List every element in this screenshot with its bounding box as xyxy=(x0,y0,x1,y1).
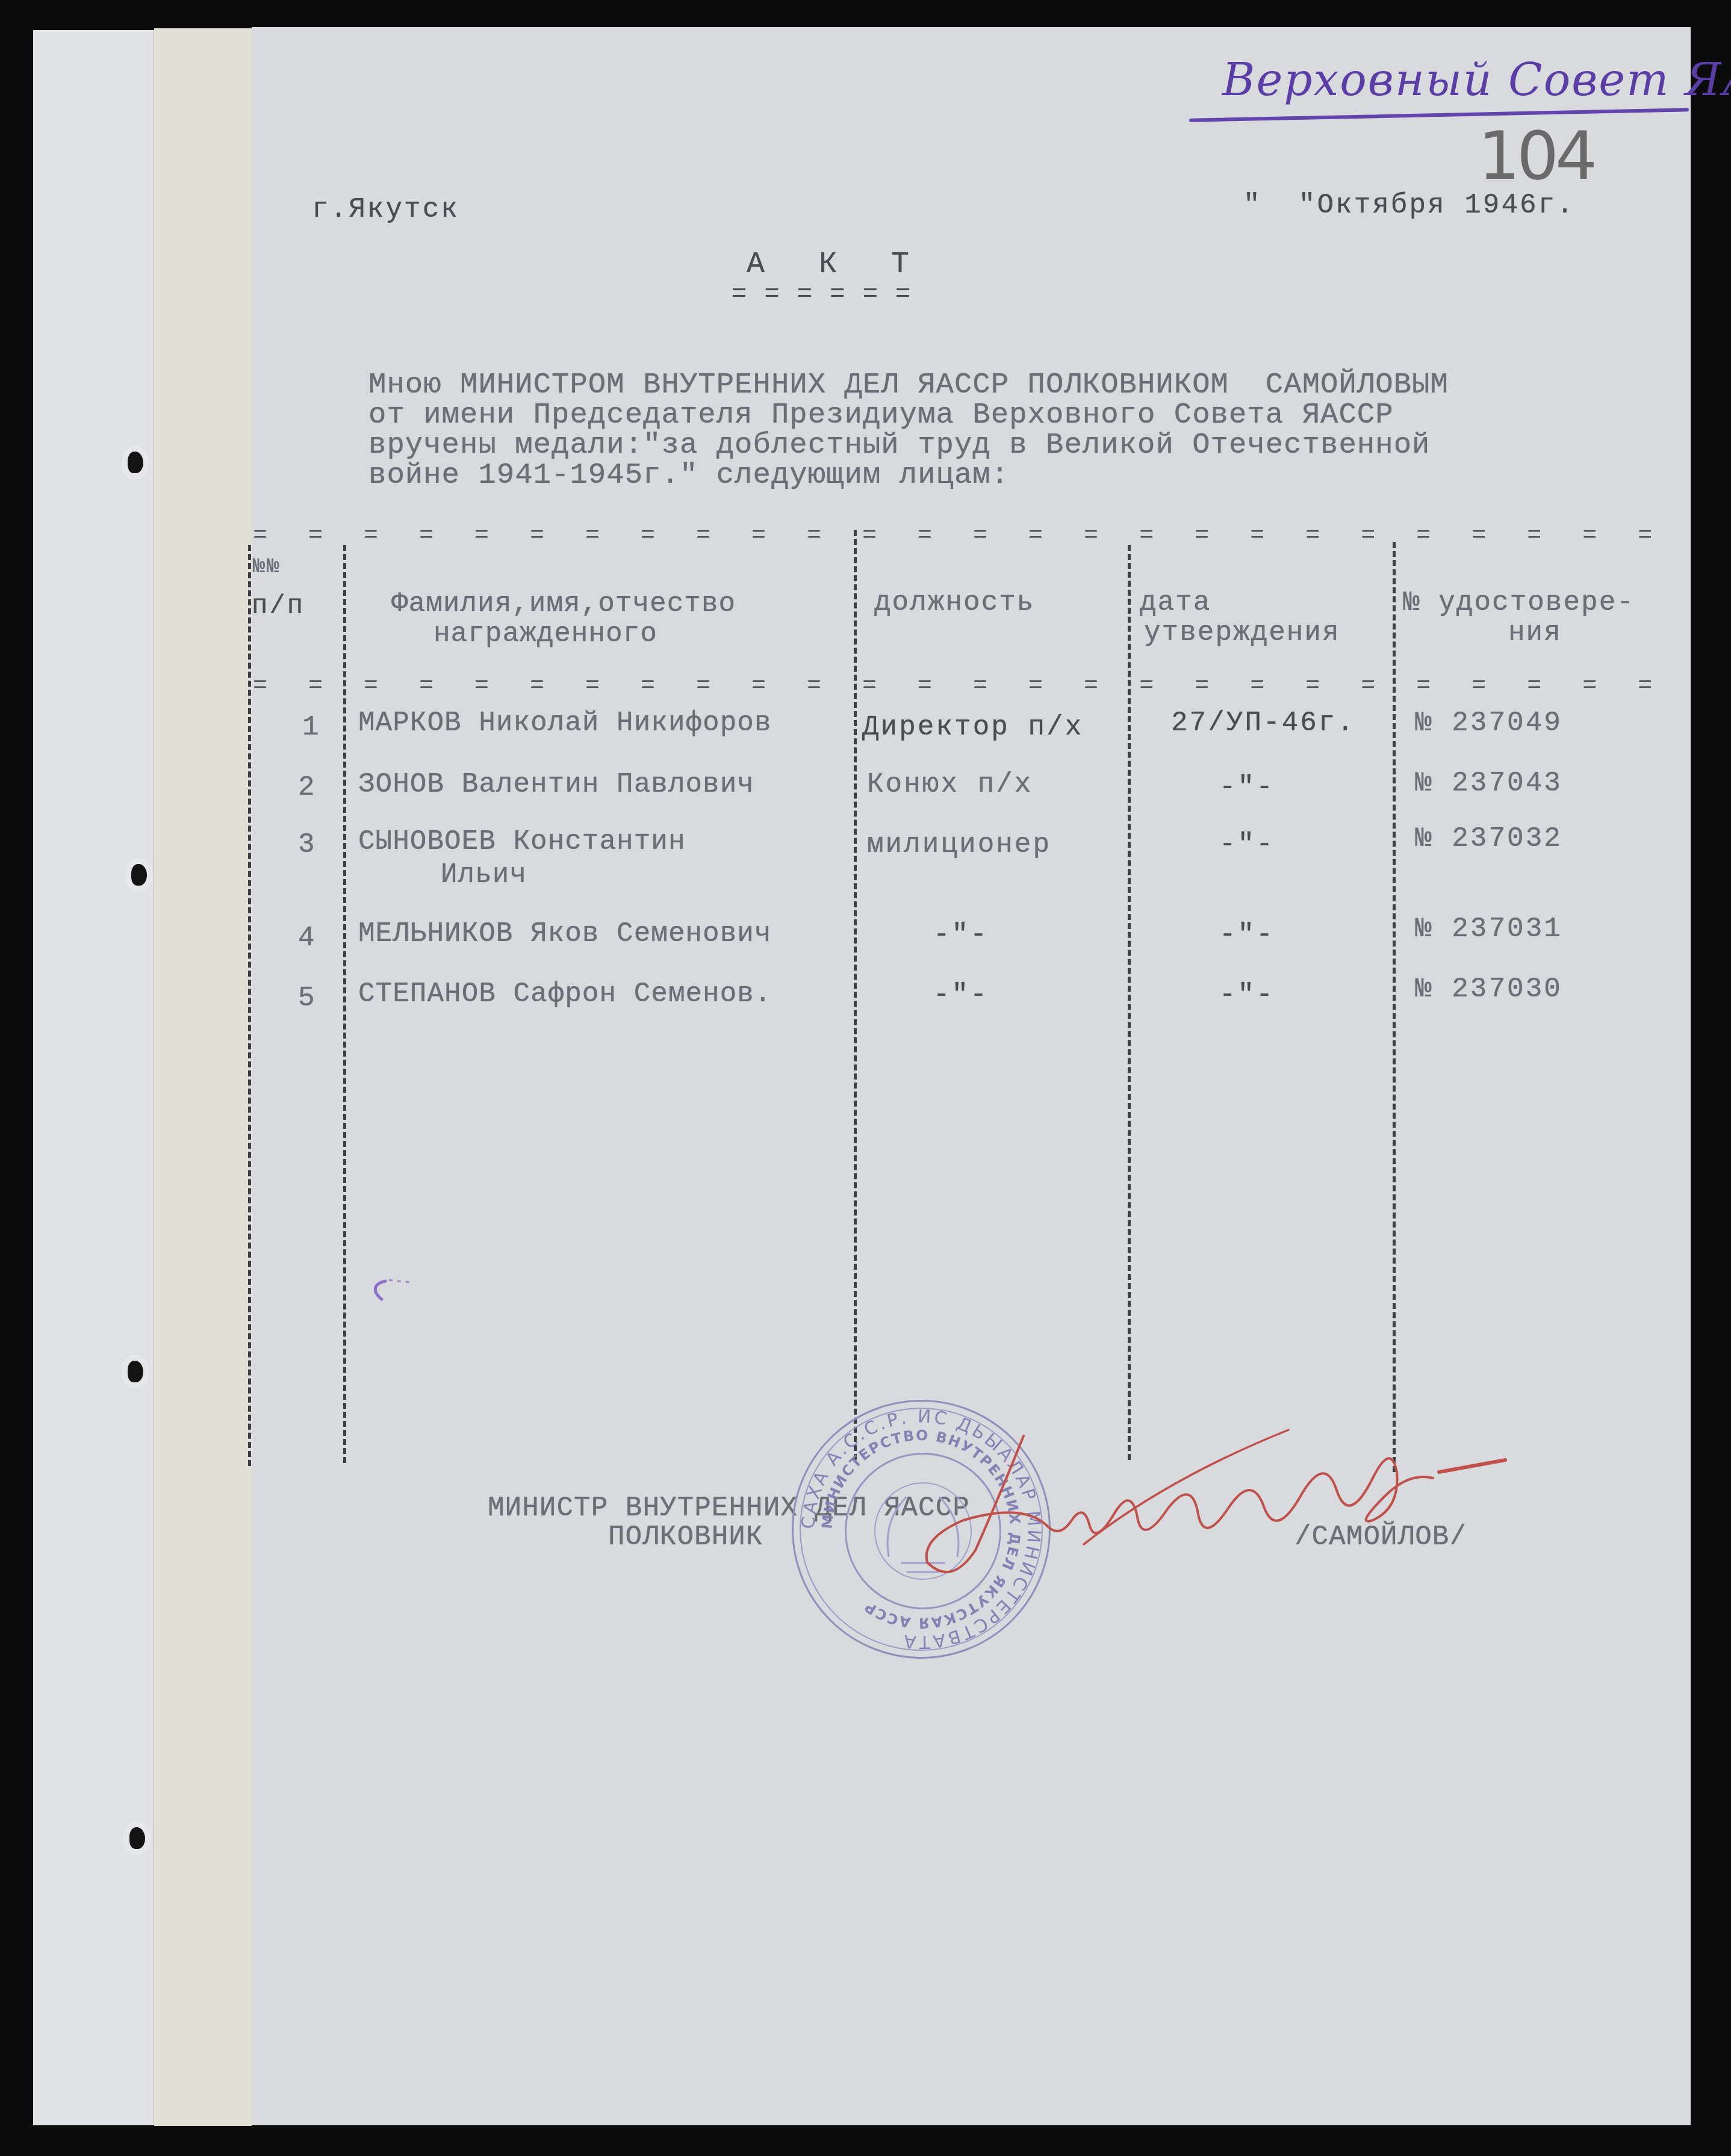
header-certificate: ния xyxy=(1508,619,1562,647)
header-certificate: № удостовере- xyxy=(1403,589,1635,617)
row-date: -"- xyxy=(1219,831,1275,859)
row-position: -"- xyxy=(933,981,989,1009)
row-position: милиционер xyxy=(867,831,1051,859)
city-label: г.Якутск xyxy=(312,196,459,223)
row-certificate: № 237043 xyxy=(1415,769,1562,797)
table-top-border: = = = = = = = = = = = = = = = = = = = = … xyxy=(253,530,1656,543)
punch-hole-icon xyxy=(131,864,147,886)
header-num: п/п xyxy=(252,593,305,620)
row-certificate: № 237049 xyxy=(1415,709,1562,737)
ink-mark-icon xyxy=(368,1275,423,1305)
header-date: утверждения xyxy=(1144,619,1340,647)
document-page xyxy=(252,27,1691,2125)
header-date: дата xyxy=(1140,589,1211,617)
cream-margin-strip xyxy=(154,28,252,2126)
table-column-divider xyxy=(248,545,251,1466)
table-header-border: = = = = = = = = = = = = = = = = = = = = … xyxy=(253,680,1656,694)
header-num: №№ xyxy=(253,557,281,577)
page-number: 104 xyxy=(1478,117,1594,194)
row-name: СЫНОВОЕВ Константин xyxy=(358,828,686,856)
row-position: Директор п/х xyxy=(862,713,1083,741)
row-name: МАРКОВ Николай Никифоров xyxy=(358,709,772,737)
row-certificate: № 237032 xyxy=(1415,825,1562,853)
punch-hole-icon xyxy=(128,452,143,473)
row-num: 5 xyxy=(298,984,317,1012)
document-date: " "Октября 1946г. xyxy=(1243,191,1575,219)
row-num: 3 xyxy=(298,831,317,859)
preamble-line: от имени Председателя Президиума Верховн… xyxy=(368,400,1394,430)
header-name: Фамилия,имя,отчество xyxy=(391,590,736,618)
row-date: -"- xyxy=(1219,921,1275,949)
table-column-divider xyxy=(343,545,346,1463)
punch-hole-icon xyxy=(129,1827,145,1849)
row-certificate: № 237031 xyxy=(1415,915,1562,943)
preamble-line: войне 1941-1945г." следующим лицам: xyxy=(368,461,1009,490)
punch-hole-icon xyxy=(128,1361,143,1382)
signature-icon xyxy=(831,1406,1571,1586)
row-date: -"- xyxy=(1219,981,1275,1009)
row-certificate: № 237030 xyxy=(1415,975,1562,1003)
row-name: МЕЛЬНИКОВ Яков Семенович xyxy=(358,920,772,948)
preamble-line: вручены медали:"за доблестный труд в Вел… xyxy=(368,430,1430,460)
table-column-divider xyxy=(854,530,857,1460)
signer-rank: ПОЛКОВНИК xyxy=(608,1523,763,1551)
row-name: ЗОНОВ Валентин Павлович xyxy=(358,771,754,798)
table-column-divider xyxy=(1393,542,1396,1472)
header-position: должность xyxy=(874,589,1034,617)
preamble-line: Мною МИНИСТРОМ ВНУТРЕННИХ ДЕЛ ЯАССР ПОЛК… xyxy=(368,370,1449,400)
header-name: награжденного xyxy=(434,620,657,648)
binding-strip xyxy=(33,30,154,2125)
row-num: 4 xyxy=(298,924,317,952)
row-name-continued: Ильич xyxy=(441,861,527,889)
table-column-divider xyxy=(1128,545,1131,1460)
row-date: 27/УП-46г. xyxy=(1171,709,1355,737)
row-num: 1 xyxy=(302,713,321,741)
row-name: СТЕПАНОВ Сафрон Семенов. xyxy=(358,980,772,1008)
row-date: -"- xyxy=(1219,774,1275,801)
document-title: А К Т xyxy=(747,250,927,280)
row-num: 2 xyxy=(298,774,317,801)
row-position: -"- xyxy=(933,921,989,949)
handwritten-header: Верховный Совет ЯАССР xyxy=(1222,54,1731,106)
title-underline: = = = = = = xyxy=(732,282,912,307)
row-position: Конюх п/х xyxy=(867,771,1033,798)
